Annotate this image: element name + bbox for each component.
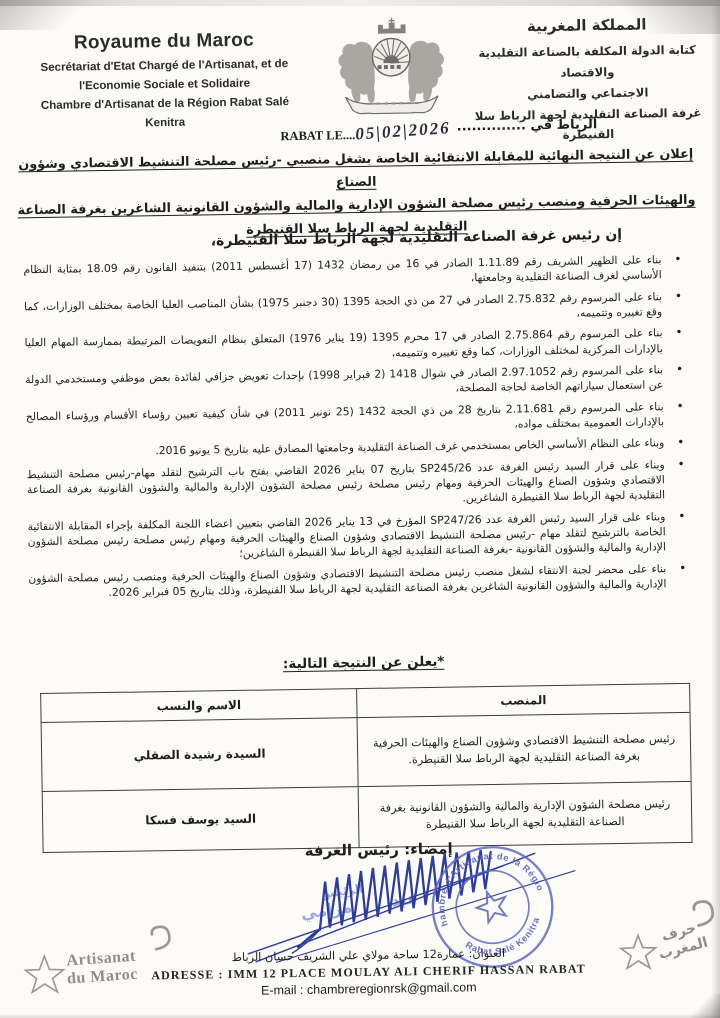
scan-edge-right bbox=[711, 0, 720, 1018]
swirl-icon bbox=[146, 923, 176, 953]
legal-reference-item: بناء على المرسوم رقم 2.75.832 الصادر في … bbox=[24, 288, 688, 329]
secretariat-line-ar: كتابة الدولة المكلفة بالصناعة التقليدية … bbox=[468, 40, 707, 85]
position-cell: رئيس مصلحة التنشيط الاقتصادي وشؤون الصنا… bbox=[357, 712, 691, 786]
table-row: رئيس مصلحة التنشيط الاقتصادي وشؤون الصنا… bbox=[41, 712, 691, 791]
handwritten-date: 05|02|2026 bbox=[355, 118, 452, 144]
legal-reference-item: بناء على المرسوم رقم 2.11.681 بتاريخ 28 … bbox=[26, 398, 690, 439]
scan-edge-bottom bbox=[0, 1014, 720, 1018]
legal-references: بناء على الظهير الشريف رقم 1.11.89 الصاد… bbox=[23, 252, 692, 608]
artisanat-du-maroc-logo: Artisanat du Maroc bbox=[28, 927, 179, 1007]
hiraf-al-maghrib-logo: حرف المغرب bbox=[599, 897, 720, 994]
secretariat-line-fr: Secrétariat d'Etat Chargé de l'Artisanat… bbox=[14, 57, 314, 75]
scanned-document-page: Royaume du Maroc Secrétariat d'Etat Char… bbox=[0, 0, 720, 1018]
legal-reference-item: بناء على المرسوم رقم 2.75.864 الصادر في … bbox=[25, 325, 689, 366]
scan-shadow-top-left bbox=[0, 0, 110, 30]
legal-reference-item: وبناء على قرار السيد رئيس الغرفة عدد SP2… bbox=[27, 456, 692, 512]
document-content: Royaume du Maroc Secrétariat d'Etat Char… bbox=[0, 0, 720, 1018]
legal-reference-item: بناء على محضر لجنة الانتقاء لشغل منصب رئ… bbox=[28, 560, 692, 601]
chamber-line-fr: Chambre d'Artisanat de la Région Rabat S… bbox=[15, 95, 315, 113]
economy-line-fr: l'Economie Sociale et Solidaire bbox=[15, 76, 315, 94]
logo-left-text: Artisanat du Maroc bbox=[65, 948, 138, 990]
scan-shadow-top-right bbox=[590, 0, 720, 34]
results-heading: *يعلن عن النتيجة التالية: bbox=[4, 649, 720, 676]
date-label-fr: RABAT LE....05|02|2026 bbox=[280, 123, 451, 146]
legal-reference-item: وبناء على قرار السيد رئيس الغرفة عدد SP2… bbox=[27, 508, 692, 564]
date-label-ar: الرباط في .............. bbox=[457, 117, 598, 134]
rabat-le-prefix: RABAT LE.... bbox=[280, 128, 355, 143]
pentagram-star-icon bbox=[22, 953, 67, 998]
logo-right-text: حرف المغرب bbox=[653, 918, 710, 963]
legal-reference-item: بناء على المرسوم رقم 2.97.1052 الصادر في… bbox=[25, 362, 689, 403]
legal-reference-item: بناء على الظهير الشريف رقم 1.11.89 الصاد… bbox=[23, 252, 687, 293]
name-cell: السيدة رشيدة الصقلي bbox=[41, 718, 358, 792]
country-name-fr: Royaume du Maroc bbox=[14, 29, 314, 56]
pentagram-star-icon bbox=[618, 932, 659, 973]
moroccan-coat-of-arms-icon bbox=[327, 16, 457, 122]
results-table: المنصب الاسم والنسب رئيس مصلحة التنشيط ا… bbox=[40, 683, 692, 853]
title-line-1: إعلان عن النتيجة النهائية للمقابلة الانت… bbox=[18, 147, 693, 191]
